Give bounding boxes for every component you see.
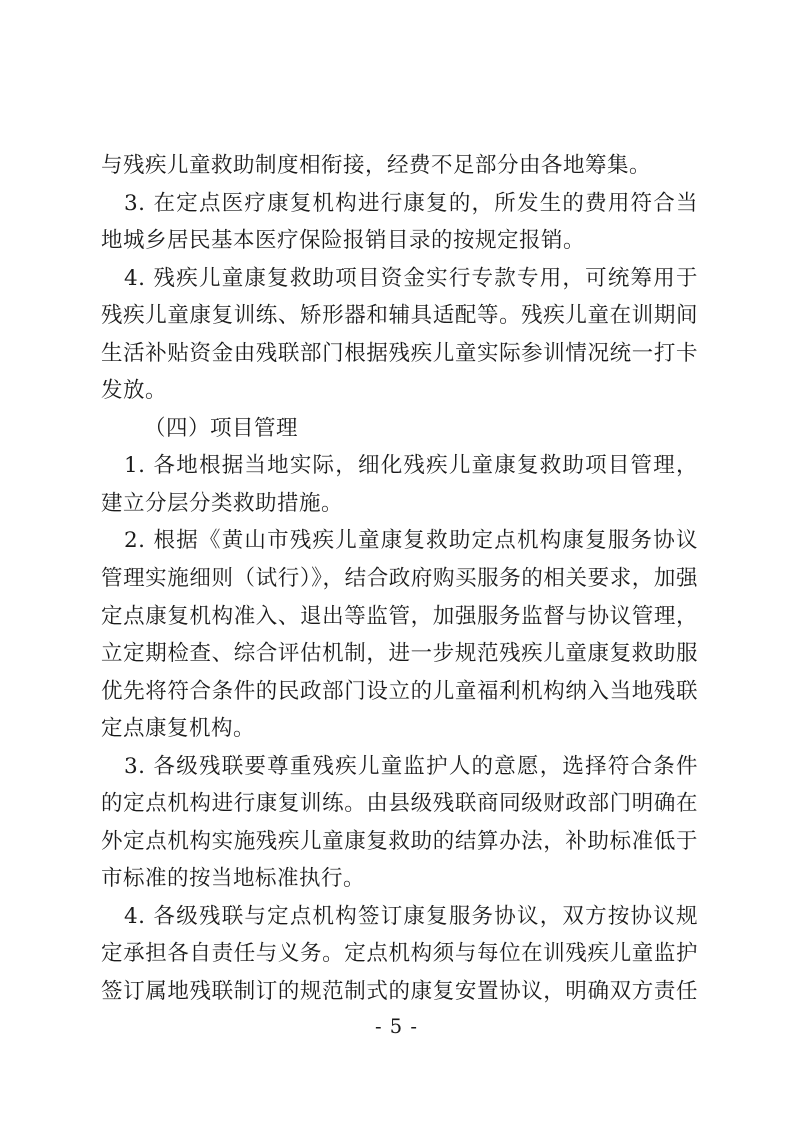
body-line: 定点康复机构。 bbox=[101, 710, 698, 748]
body-line: 发放。 bbox=[101, 372, 698, 410]
document-body: 与残疾儿童救助制度相衔接，经费不足部分由各地筹集。 3. 在定点医疗康复机构进行… bbox=[101, 147, 698, 1011]
body-line: 建立分层分类救助措施。 bbox=[101, 485, 698, 523]
body-line: 4. 各级残联与定点机构签订康复服务协议，双方按协议规 bbox=[101, 898, 698, 936]
body-line: 2. 根据《黄山市残疾儿童康复救助定点机构康复服务协议 bbox=[101, 522, 698, 560]
document-page: 与残疾儿童救助制度相衔接，经费不足部分由各地筹集。 3. 在定点医疗康复机构进行… bbox=[0, 0, 793, 1122]
body-line: 与残疾儿童救助制度相衔接，经费不足部分由各地筹集。 bbox=[101, 147, 698, 185]
body-line: 的定点机构进行康复训练。由县级残联商同级财政部门明确在省 bbox=[101, 785, 698, 823]
body-line: 3. 各级残联要尊重残疾儿童监护人的意愿，选择符合条件 bbox=[101, 748, 698, 786]
body-line: 残疾儿童康复训练、矫形器和辅具适配等。残疾儿童在训期间的 bbox=[101, 297, 698, 335]
body-line: 1. 各地根据当地实际，细化残疾儿童康复救助项目管理， bbox=[101, 447, 698, 485]
body-line: 定点康复机构准入、退出等监管，加强服务监督与协议管理，建 bbox=[101, 598, 698, 636]
body-line: 签订属地残联制订的规范制式的康复安置协议，明确双方责任和 bbox=[101, 973, 698, 1011]
body-line: 优先将符合条件的民政部门设立的儿童福利机构纳入当地残联 bbox=[101, 673, 698, 711]
body-line: 4. 残疾儿童康复救助项目资金实行专款专用，可统筹用于 bbox=[101, 260, 698, 298]
body-line: 3. 在定点医疗康复机构进行康复的，所发生的费用符合当 bbox=[101, 185, 698, 223]
body-line: 地城乡居民基本医疗保险报销目录的按规定报销。 bbox=[101, 222, 698, 260]
body-line: 生活补贴资金由残联部门根据残疾儿童实际参训情况统一打卡 bbox=[101, 335, 698, 373]
body-line: 管理实施细则（试行）》，结合政府购买服务的相关要求，加强 bbox=[101, 560, 698, 598]
body-line: 定承担各自责任与义务。定点机构须与每位在训残疾儿童监护人 bbox=[101, 935, 698, 973]
body-line: 立定期检查、综合评估机制，进一步规范残疾儿童康复救助服务。 bbox=[101, 635, 698, 673]
body-line: 市标准的按当地标准执行。 bbox=[101, 860, 698, 898]
section-heading: （四）项目管理 bbox=[101, 410, 698, 448]
page-number: - 5 - bbox=[0, 1014, 793, 1040]
body-line: 外定点机构实施残疾儿童康复救助的结算办法，补助标准低于我 bbox=[101, 823, 698, 861]
